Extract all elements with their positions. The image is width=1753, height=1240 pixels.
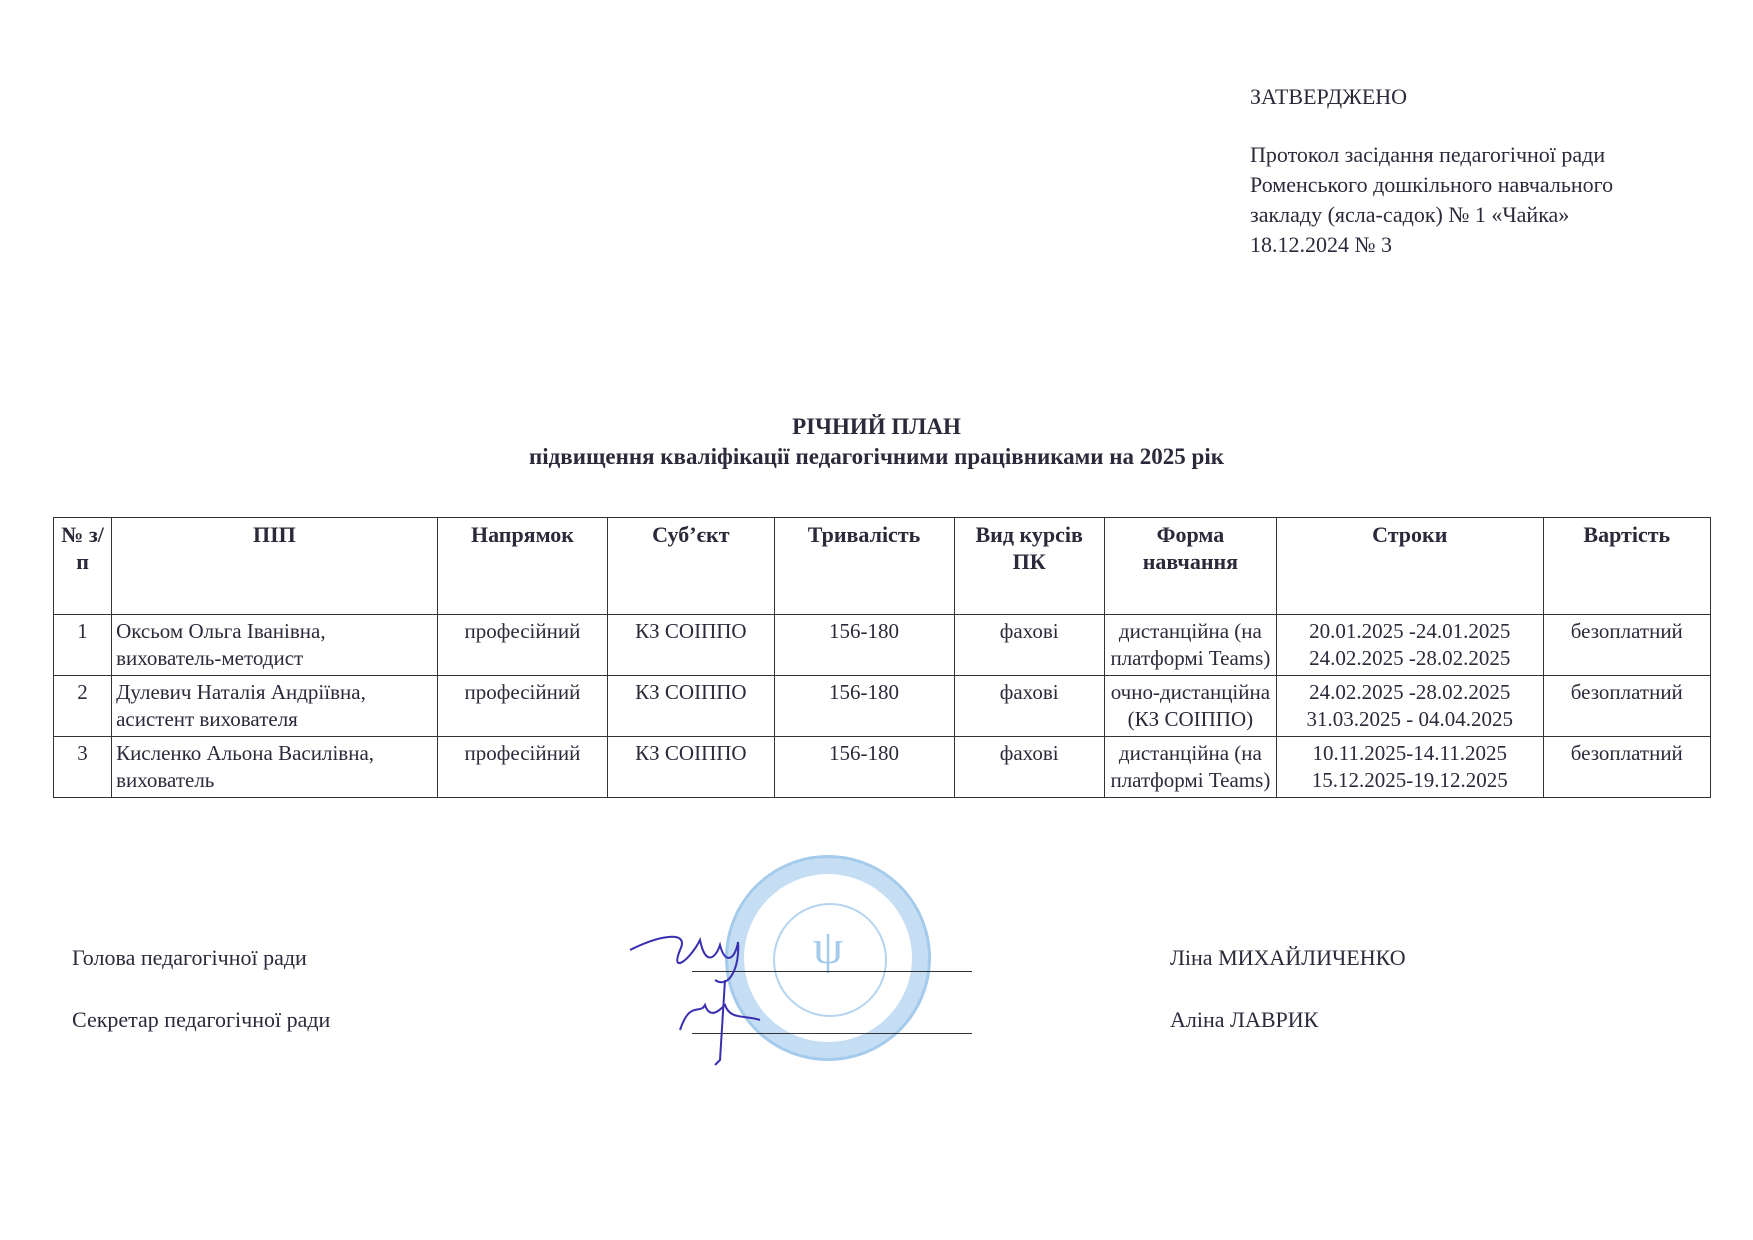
cell-num: 1 (54, 615, 112, 676)
header-course-type: Вид курсів ПК (954, 518, 1104, 615)
cell-terms: 10.11.2025-14.11.2025 15.12.2025-19.12.2… (1276, 737, 1543, 798)
cell-form: дистанційна (на платформі Teams) (1104, 615, 1276, 676)
person-name: Оксьом Ольга Іванівна, (116, 618, 433, 645)
cell-cost: безоплатний (1543, 615, 1710, 676)
approval-line: Протокол засідання педагогічної ради (1250, 140, 1730, 170)
table-row: 3 Кисленко Альона Василівна, вихователь … (54, 737, 1711, 798)
term-line: 10.11.2025-14.11.2025 (1281, 740, 1539, 767)
person-position: вихователь-методист (116, 645, 433, 672)
cell-num: 2 (54, 676, 112, 737)
plan-table: № з/п ПІП Напрямок Суб’єкт Тривалість Ви… (53, 517, 1711, 798)
cell-subject: КЗ СОІППО (608, 615, 774, 676)
header-duration: Тривалість (774, 518, 954, 615)
approval-block: ЗАТВЕРДЖЕНО Протокол засідання педагогіч… (1250, 82, 1730, 260)
cell-duration: 156-180 (774, 676, 954, 737)
approval-line: закладу (ясла-садок) № 1 «Чайка» (1250, 200, 1730, 230)
cell-num: 3 (54, 737, 112, 798)
cell-duration: 156-180 (774, 615, 954, 676)
cell-terms: 20.01.2025 -24.01.2025 24.02.2025 -28.02… (1276, 615, 1543, 676)
signature-row-chair: Голова педагогічної ради Ліна МИХАЙЛИЧЕН… (72, 945, 1712, 985)
person-position: вихователь (116, 767, 433, 794)
term-line: 31.03.2025 - 04.04.2025 (1281, 706, 1539, 733)
header-num: № з/п (54, 518, 112, 615)
title-sub: підвищення кваліфікації педагогічними пр… (0, 442, 1753, 472)
term-line: 20.01.2025 -24.01.2025 (1281, 618, 1539, 645)
person-name: Кисленко Альона Василівна, (116, 740, 433, 767)
person-position: асистент вихователя (116, 706, 433, 733)
title-main: РІЧНИЙ ПЛАН (0, 412, 1753, 442)
header-subject: Суб’єкт (608, 518, 774, 615)
cell-direction: професійний (437, 676, 607, 737)
header-cost: Вартість (1543, 518, 1710, 615)
cell-terms: 24.02.2025 -28.02.2025 31.03.2025 - 04.0… (1276, 676, 1543, 737)
signature-row-secretary: Секретар педагогічної ради Аліна ЛАВРИК (72, 1007, 1712, 1047)
document-title: РІЧНИЙ ПЛАН підвищення кваліфікації педа… (0, 412, 1753, 472)
table-row: 1 Оксьом Ольга Іванівна, вихователь-мето… (54, 615, 1711, 676)
handwritten-signature-icon (620, 920, 820, 1070)
header-terms: Строки (1276, 518, 1543, 615)
header-direction: Напрямок (437, 518, 607, 615)
cell-form: очно-дистанційна (КЗ СОІППО) (1104, 676, 1276, 737)
cell-duration: 156-180 (774, 737, 954, 798)
cell-course-type: фахові (954, 676, 1104, 737)
approval-heading: ЗАТВЕРДЖЕНО (1250, 82, 1730, 112)
approval-line: 18.12.2024 № 3 (1250, 230, 1730, 260)
term-line: 24.02.2025 -28.02.2025 (1281, 645, 1539, 672)
cell-course-type: фахові (954, 737, 1104, 798)
cell-direction: професійний (437, 737, 607, 798)
cell-form: дистанційна (на платформі Teams) (1104, 737, 1276, 798)
cell-subject: КЗ СОІППО (608, 676, 774, 737)
cell-course-type: фахові (954, 615, 1104, 676)
person-name: Дулевич Наталія Андріївна, (116, 679, 433, 706)
cell-name: Дулевич Наталія Андріївна, асистент вихо… (112, 676, 438, 737)
cell-cost: безоплатний (1543, 676, 1710, 737)
term-line: 24.02.2025 -28.02.2025 (1281, 679, 1539, 706)
signature-role: Секретар педагогічної ради (72, 1007, 330, 1033)
signature-name: Аліна ЛАВРИК (1170, 1007, 1318, 1033)
cell-direction: професійний (437, 615, 607, 676)
term-line: 15.12.2025-19.12.2025 (1281, 767, 1539, 794)
cell-name: Кисленко Альона Василівна, вихователь (112, 737, 438, 798)
approval-line: Роменського дошкільного навчального (1250, 170, 1730, 200)
header-form: Форма навчання (1104, 518, 1276, 615)
signature-name: Ліна МИХАЙЛИЧЕНКО (1170, 945, 1406, 971)
cell-subject: КЗ СОІППО (608, 737, 774, 798)
cell-name: Оксьом Ольга Іванівна, вихователь-методи… (112, 615, 438, 676)
table-header-row: № з/п ПІП Напрямок Суб’єкт Тривалість Ви… (54, 518, 1711, 615)
signature-role: Голова педагогічної ради (72, 945, 307, 971)
header-name: ПІП (112, 518, 438, 615)
table-row: 2 Дулевич Наталія Андріївна, асистент ви… (54, 676, 1711, 737)
cell-cost: безоплатний (1543, 737, 1710, 798)
